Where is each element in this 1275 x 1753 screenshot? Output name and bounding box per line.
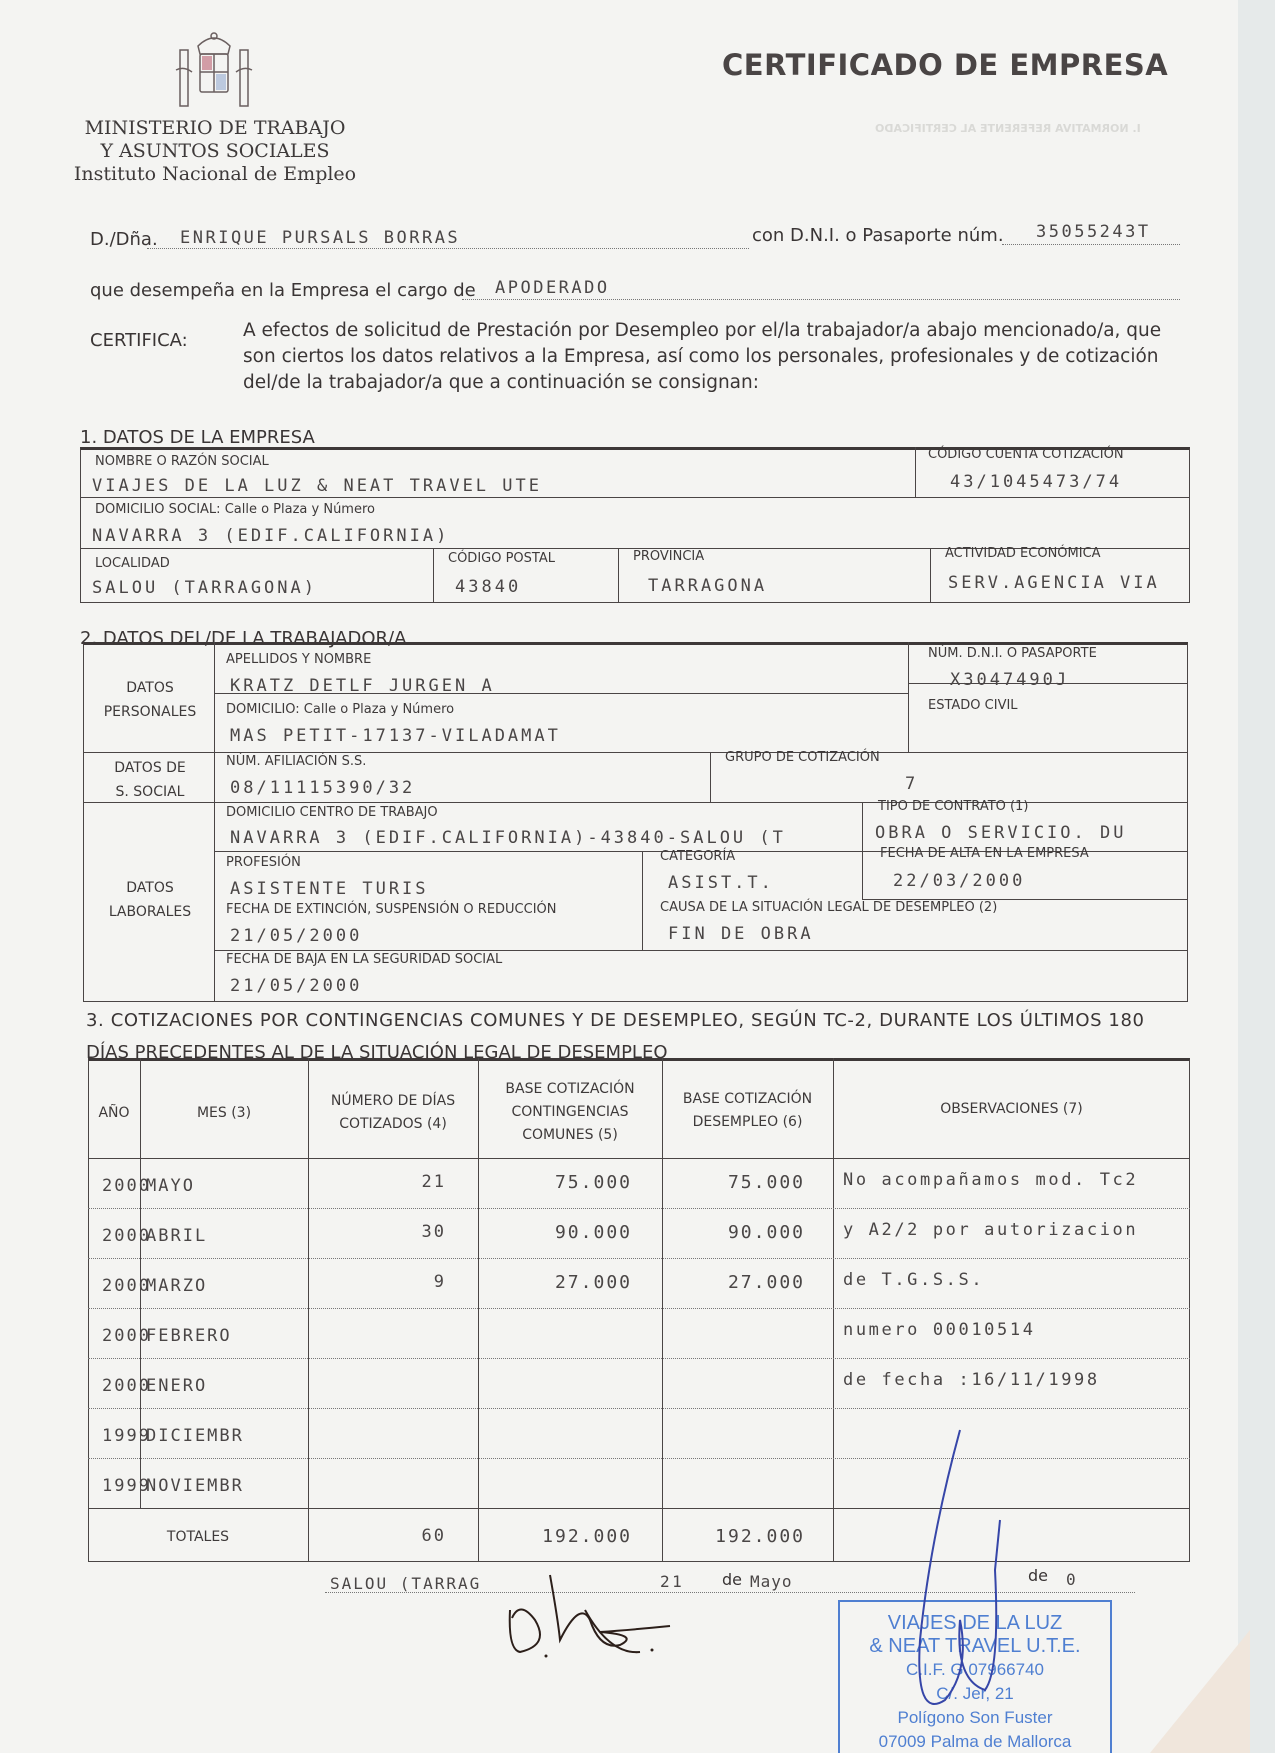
total-base-cc[interactable]: 192.000 — [478, 1526, 632, 1547]
page-title: CERTIFICADO DE EMPRESA — [722, 48, 1168, 82]
apellidos-field[interactable]: KRATZ DETLF JURGEN A — [230, 676, 495, 696]
group-label: DATOS — [90, 676, 210, 700]
cell-obs[interactable]: No acompañamos mod. Tc2 — [843, 1170, 1138, 1190]
row-divider — [88, 1258, 1190, 1259]
cell-ano[interactable]: 1999 — [102, 1426, 151, 1446]
cell-mes[interactable]: MAYO — [146, 1176, 195, 1196]
domicilio-social-label: DOMICILIO SOCIAL: Calle o Plaza y Número — [95, 502, 375, 517]
divider — [915, 447, 916, 497]
afiliacion-field[interactable]: 08/11115390/32 — [230, 778, 415, 798]
domicilio-social-field[interactable]: NAVARRA 3 (EDIF.CALIFORNIA) — [92, 526, 449, 546]
divider — [642, 851, 643, 950]
header-divider — [88, 1158, 1190, 1159]
cell-ano[interactable]: 2000 — [102, 1176, 151, 1196]
position-dotted-line — [462, 299, 1180, 300]
localidad-label: LOCALIDAD — [95, 556, 170, 571]
position-label: que desempeña en la Empresa el cargo de — [90, 280, 476, 301]
group-label: DATOS — [90, 876, 210, 900]
header-text: BASE COTIZACIÓN — [662, 1088, 833, 1111]
actividad-label: ACTIVIDAD ECONÓMICA — [945, 546, 1101, 561]
total-dias[interactable]: 60 — [308, 1526, 446, 1546]
cell-base-des[interactable]: 75.000 — [662, 1172, 805, 1193]
provincia-field[interactable]: TARRAGONA — [648, 576, 767, 596]
header-text: COMUNES (5) — [478, 1124, 662, 1147]
header-ano: AÑO — [88, 1102, 140, 1125]
year-field[interactable]: 0 — [1066, 1570, 1078, 1589]
header-text: CONTINGENCIAS — [478, 1101, 662, 1124]
worker-data-box — [83, 642, 1188, 1002]
cell-base-cc[interactable]: 27.000 — [478, 1272, 632, 1293]
cell-mes[interactable]: FEBRERO — [146, 1326, 232, 1346]
extincion-field[interactable]: 21/05/2000 — [230, 926, 362, 946]
signature-icon — [490, 1560, 680, 1670]
cell-dias[interactable]: 30 — [308, 1222, 446, 1242]
profesion-label: PROFESIÓN — [226, 855, 301, 870]
row-divider — [88, 1358, 1190, 1359]
declarant-dni-field[interactable]: 35055243T — [1036, 222, 1151, 242]
cell-obs[interactable]: de fecha :16/11/1998 — [843, 1370, 1100, 1390]
column-divider — [833, 1058, 834, 1562]
ccc-field[interactable]: 43/1045473/74 — [950, 472, 1122, 492]
worker-dni-label: NÚM. D.N.I. O PASAPORTE — [928, 646, 1097, 661]
cell-dias[interactable]: 9 — [308, 1272, 446, 1292]
total-base-des[interactable]: 192.000 — [662, 1526, 805, 1547]
cell-ano[interactable]: 2000 — [102, 1276, 151, 1296]
certifica-text: A efectos de solicitud de Prestación por… — [243, 318, 1183, 396]
group-label: S. SOCIAL — [90, 780, 210, 804]
causa-label: CAUSA DE LA SITUACIÓN LEGAL DE DESEMPLEO… — [660, 900, 997, 915]
dni-label: con D.N.I. o Pasaporte núm. — [752, 225, 1004, 246]
cell-ano[interactable]: 2000 — [102, 1376, 151, 1396]
header-text: NÚMERO DE DÍAS — [308, 1090, 478, 1113]
group-label: DATOS DE — [90, 756, 210, 780]
extincion-label: FECHA DE EXTINCIÓN, SUSPENSIÓN O REDUCCI… — [226, 902, 557, 917]
dni-dotted-line — [1002, 244, 1180, 245]
declarant-position-field[interactable]: APODERADO — [495, 278, 610, 298]
cell-mes[interactable]: ABRIL — [146, 1226, 207, 1246]
provincia-label: PROVINCIA — [633, 549, 704, 564]
group-label: LABORALES — [90, 900, 210, 924]
divider — [618, 548, 619, 603]
group-label: PERSONALES — [90, 700, 210, 724]
afiliacion-label: NÚM. AFILIACIÓN S.S. — [226, 754, 366, 769]
header-text: DESEMPLEO (6) — [662, 1111, 833, 1134]
cell-base-cc[interactable]: 75.000 — [478, 1172, 632, 1193]
cell-base-cc[interactable]: 90.000 — [478, 1222, 632, 1243]
header-text: COTIZADOS (4) — [308, 1113, 478, 1136]
actividad-field[interactable]: SERV.AGENCIA VIA — [948, 573, 1160, 593]
divider — [930, 548, 931, 603]
cell-dias[interactable]: 21 — [308, 1172, 446, 1192]
folded-corner — [1150, 1630, 1250, 1753]
divider — [214, 642, 215, 1002]
month-field[interactable]: Mayo — [750, 1572, 793, 1591]
cell-base-des[interactable]: 90.000 — [662, 1222, 805, 1243]
grupo-field[interactable]: 7 — [905, 774, 918, 794]
header-obs: OBSERVACIONES (7) — [833, 1098, 1190, 1121]
totals-label: TOTALES — [88, 1526, 308, 1549]
ministry-line1: MINISTERIO DE TRABAJO — [70, 117, 360, 140]
ministry-line2: Y ASUNTOS SOCIALES — [70, 140, 360, 163]
divider — [908, 642, 909, 752]
paper-edge — [1238, 0, 1275, 1753]
row-divider — [88, 1308, 1190, 1309]
cp-field[interactable]: 43840 — [455, 577, 521, 597]
cell-obs[interactable]: de T.G.S.S. — [843, 1270, 984, 1290]
cell-mes[interactable]: MARZO — [146, 1276, 207, 1296]
row-divider — [88, 1208, 1190, 1209]
cell-ano[interactable]: 1999 — [102, 1476, 151, 1496]
ccc-label: CÓDIGO CUENTA COTIZACIÓN — [928, 447, 1124, 462]
name-dotted-line — [147, 248, 749, 249]
pen-stroke-icon — [890, 1420, 1040, 1750]
place-field[interactable]: SALOU (TARRAG — [330, 1574, 481, 1593]
section-3-title-line1: 3. COTIZACIONES POR CONTINGENCIAS COMUNE… — [86, 1010, 1145, 1031]
alta-label: FECHA DE ALTA EN LA EMPRESA — [880, 846, 1089, 861]
divider — [80, 497, 1190, 498]
divider — [710, 752, 711, 802]
divider — [433, 548, 434, 603]
categoria-label: CATEGORÍA — [660, 849, 735, 864]
row-divider — [88, 1408, 1190, 1409]
cell-obs[interactable]: y A2/2 por autorizacion — [843, 1220, 1138, 1240]
ministry-name: MINISTERIO DE TRABAJO Y ASUNTOS SOCIALES… — [70, 117, 360, 186]
worker-dni-field[interactable]: X3047490J — [950, 670, 1069, 690]
cell-mes[interactable]: DICIEMBR — [146, 1426, 244, 1446]
cell-mes[interactable]: NOVIEMBR — [146, 1476, 244, 1496]
causa-field[interactable]: FIN DE OBRA — [668, 924, 814, 944]
header-text: BASE COTIZACIÓN — [478, 1078, 662, 1101]
coat-of-arms-icon — [168, 26, 260, 114]
name-label: D./Dña. — [90, 229, 158, 250]
cell-mes[interactable]: ENERO — [146, 1376, 207, 1396]
de-label-1: de — [722, 1570, 742, 1589]
grupo-label: GRUPO DE COTIZACIÓN — [725, 750, 880, 765]
cell-ano[interactable]: 2000 — [102, 1226, 151, 1246]
cp-label: CÓDIGO POSTAL — [448, 551, 555, 566]
razon-social-field[interactable]: VIAJES DE LA LUZ & NEAT TRAVEL UTE — [92, 476, 542, 496]
estado-civil-label: ESTADO CIVIL — [928, 698, 1018, 713]
datos-ss-group: DATOS DE S. SOCIAL — [90, 756, 210, 804]
header-base-cc: BASE COTIZACIÓNCONTINGENCIASCOMUNES (5) — [478, 1078, 662, 1147]
contrato-label: TIPO DE CONTRATO (1) — [878, 799, 1028, 814]
declarant-name-field[interactable]: ENRIQUE PURSALS BORRAS — [180, 228, 460, 248]
centro-label: DOMICILIO CENTRO DE TRABAJO — [226, 805, 438, 820]
certifica-label: CERTIFICA: — [90, 330, 188, 351]
bleed-through-heading: I. NORMATIVA REFERENTE AL CERTIFICADO — [875, 122, 1141, 135]
datos-laborales-group: DATOS LABORALES — [90, 876, 210, 924]
divider — [83, 752, 1188, 753]
divider — [214, 950, 1188, 951]
centro-field[interactable]: NAVARRA 3 (EDIF.CALIFORNIA)-43840-SALOU … — [230, 828, 786, 848]
section-1-title: 1. DATOS DE LA EMPRESA — [80, 427, 315, 448]
worker-domicilio-label: DOMICILIO: Calle o Plaza y Número — [226, 702, 454, 717]
institute-name: Instituto Nacional de Empleo — [70, 163, 360, 186]
profesion-field[interactable]: ASISTENTE TURIS — [230, 879, 429, 899]
razon-social-label: NOMBRE O RAZÓN SOCIAL — [95, 454, 269, 469]
header-mes: MES (3) — [140, 1102, 308, 1125]
cell-base-des[interactable]: 27.000 — [662, 1272, 805, 1293]
worker-domicilio-field[interactable]: MAS PETIT-17137-VILADAMAT — [230, 726, 561, 746]
localidad-field[interactable]: SALOU (TARRAGONA) — [92, 578, 317, 598]
header-dias: NÚMERO DE DÍASCOTIZADOS (4) — [308, 1090, 478, 1136]
apellidos-label: APELLIDOS Y NOMBRE — [226, 652, 371, 667]
header-base-des: BASE COTIZACIÓNDESEMPLEO (6) — [662, 1088, 833, 1134]
cell-ano[interactable]: 2000 — [102, 1326, 151, 1346]
categoria-field[interactable]: ASIST.T. — [668, 873, 774, 893]
cell-obs[interactable]: numero 00010514 — [843, 1320, 1036, 1340]
baja-field[interactable]: 21/05/2000 — [230, 976, 362, 996]
datos-personales-group: DATOS PERSONALES — [90, 676, 210, 724]
contrato-field[interactable]: OBRA O SERVICIO. DU — [875, 823, 1126, 843]
baja-label: FECHA DE BAJA EN LA SEGURIDAD SOCIAL — [226, 952, 502, 967]
alta-field[interactable]: 22/03/2000 — [893, 871, 1025, 891]
